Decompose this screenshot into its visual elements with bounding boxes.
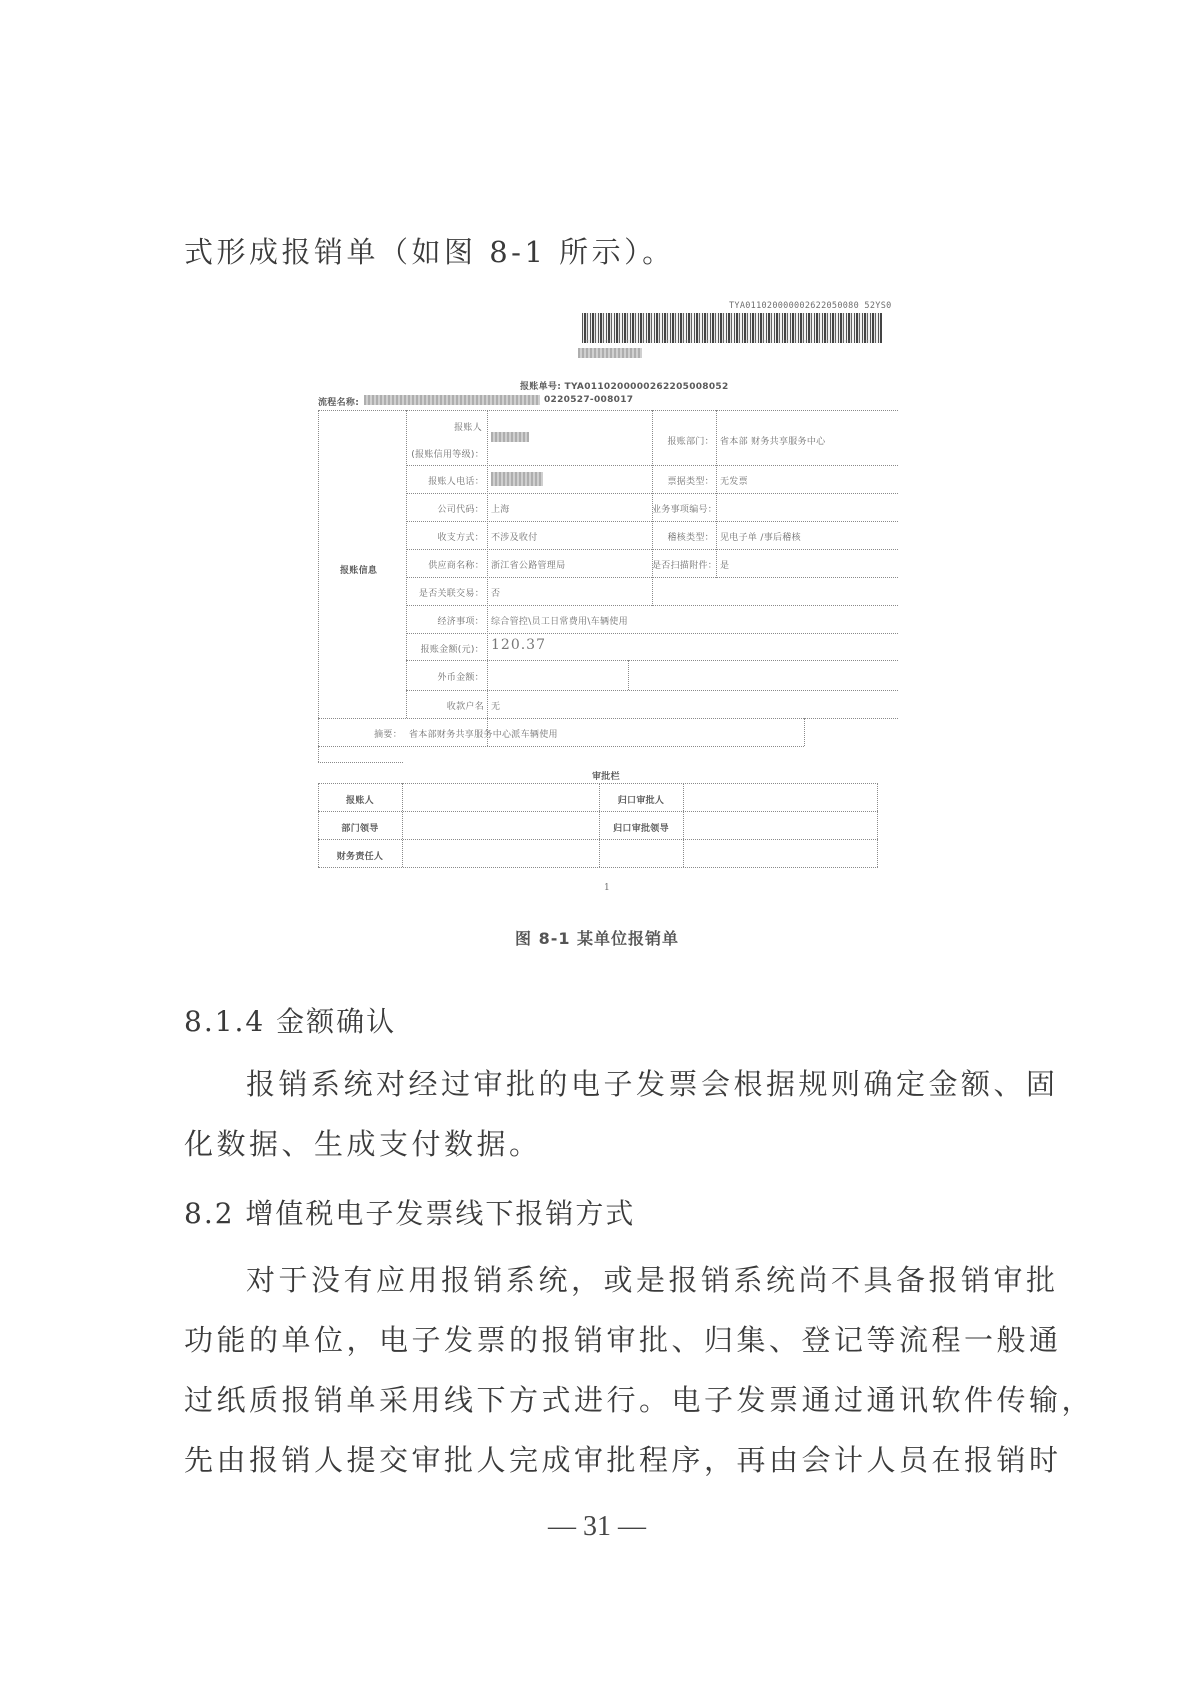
form-page-number: 1 [604,883,610,893]
approval-cell-finance-officer: 财务责任人 [318,849,402,862]
field-value-payment-method: 不涉及收付 [491,530,538,543]
field-value-supplier: 浙江省公路管理局 [491,558,565,571]
process-name-tail: 0220527-008017 [544,395,633,405]
page-number: — 31 — [548,1511,646,1543]
paragraph-line: 化数据、生成支付数据。 [184,1130,542,1159]
figure-caption: 图 8-1 某单位报销单 [515,926,679,949]
field-label-summary: 摘要： [318,727,402,740]
field-value-economic-item: 综合管控\员工日常费用\车辆使用 [491,614,628,627]
approval-cell-approval-leader: 归口审批领导 [599,821,683,834]
section-heading-8-2: 8.2 增值税电子发票线下报销方式 [184,1192,635,1232]
paragraph-line: 先由报销人提交审批人完成审批程序，再由会计人员在报销时 [184,1446,1062,1475]
section-label-reimbursement-info: 报账信息 [340,563,377,576]
field-label-related-transaction: 是否关联交易： [406,586,484,599]
redacted-phone [491,472,543,486]
field-label-department: 报账部门： [656,434,714,447]
approval-cell-approver: 归口审批人 [599,793,683,806]
approval-cell-reimburser: 报账人 [318,793,402,806]
paragraph-line: 功能的单位，电子发票的报销审批、归集、登记等流程一般通 [184,1326,1062,1355]
field-value-invoice-type: 无发票 [720,474,748,487]
paragraph-line: 报销系统对经过审批的电子发票会根据规则确定金额、固 [246,1070,1059,1099]
reimbursement-number: 报账单号: TYA0110200000262205008052 [520,379,729,392]
approval-title: 审批栏 [592,769,620,782]
field-label-foreign-amount: 外币金额： [410,670,484,683]
field-value-department: 省本部 财务共享服务中心 [720,434,825,447]
redacted-reimburser [491,432,529,442]
field-label-economic-item: 经济事项： [410,614,484,627]
field-label-scanned-attachment: 是否扫描附件： [652,558,714,571]
field-value-company-code: 上海 [491,502,510,515]
field-label-phone: 报账人电话： [410,474,484,487]
field-value-audit-type: 见电子单 /事后稽核 [720,530,801,543]
field-label-business-item-no: 业务事项编号： [652,502,714,515]
field-label-reimburser: 报账人 [410,420,482,433]
barcode-text: TYA011020000002622050080 52YS0 [729,301,892,311]
redacted-process-name [364,395,540,405]
field-value-summary: 省本部财务共享服务中心派车辆使用 [409,727,558,740]
redacted-block [578,348,642,358]
field-label-company-code: 公司代码： [410,502,484,515]
paragraph-line: 过纸质报销单采用线下方式进行。电子发票通过通讯软件传输， [184,1386,1094,1415]
field-label-credit-level: (报账信用等级)： [404,447,484,460]
field-label-payee-name: 收款户名 [410,699,484,712]
paragraph-line: 对于没有应用报销系统，或是报销系统尚不具备报销审批 [246,1266,1059,1295]
field-label-supplier: 供应商名称： [410,558,484,571]
field-value-amount: 120.37 [491,637,546,653]
field-value-scanned-attachment: 是 [720,558,729,571]
field-label-invoice-type: 票据类型： [656,474,714,487]
barcode-image [582,313,882,343]
field-value-payee-name: 无 [491,699,500,712]
field-label-amount: 报账金额(元)： [406,642,484,655]
intro-line: 式形成报销单（如图 8-1 所示）。 [184,238,675,267]
section-heading-8-1-4: 8.1.4 金额确认 [184,1000,396,1040]
approval-cell-dept-leader: 部门领导 [318,821,402,834]
field-label-audit-type: 稽核类型： [656,530,714,543]
field-value-related-transaction: 否 [491,586,500,599]
field-label-payment-method: 收支方式： [410,530,484,543]
process-name-label: 流程名称: [318,395,359,408]
